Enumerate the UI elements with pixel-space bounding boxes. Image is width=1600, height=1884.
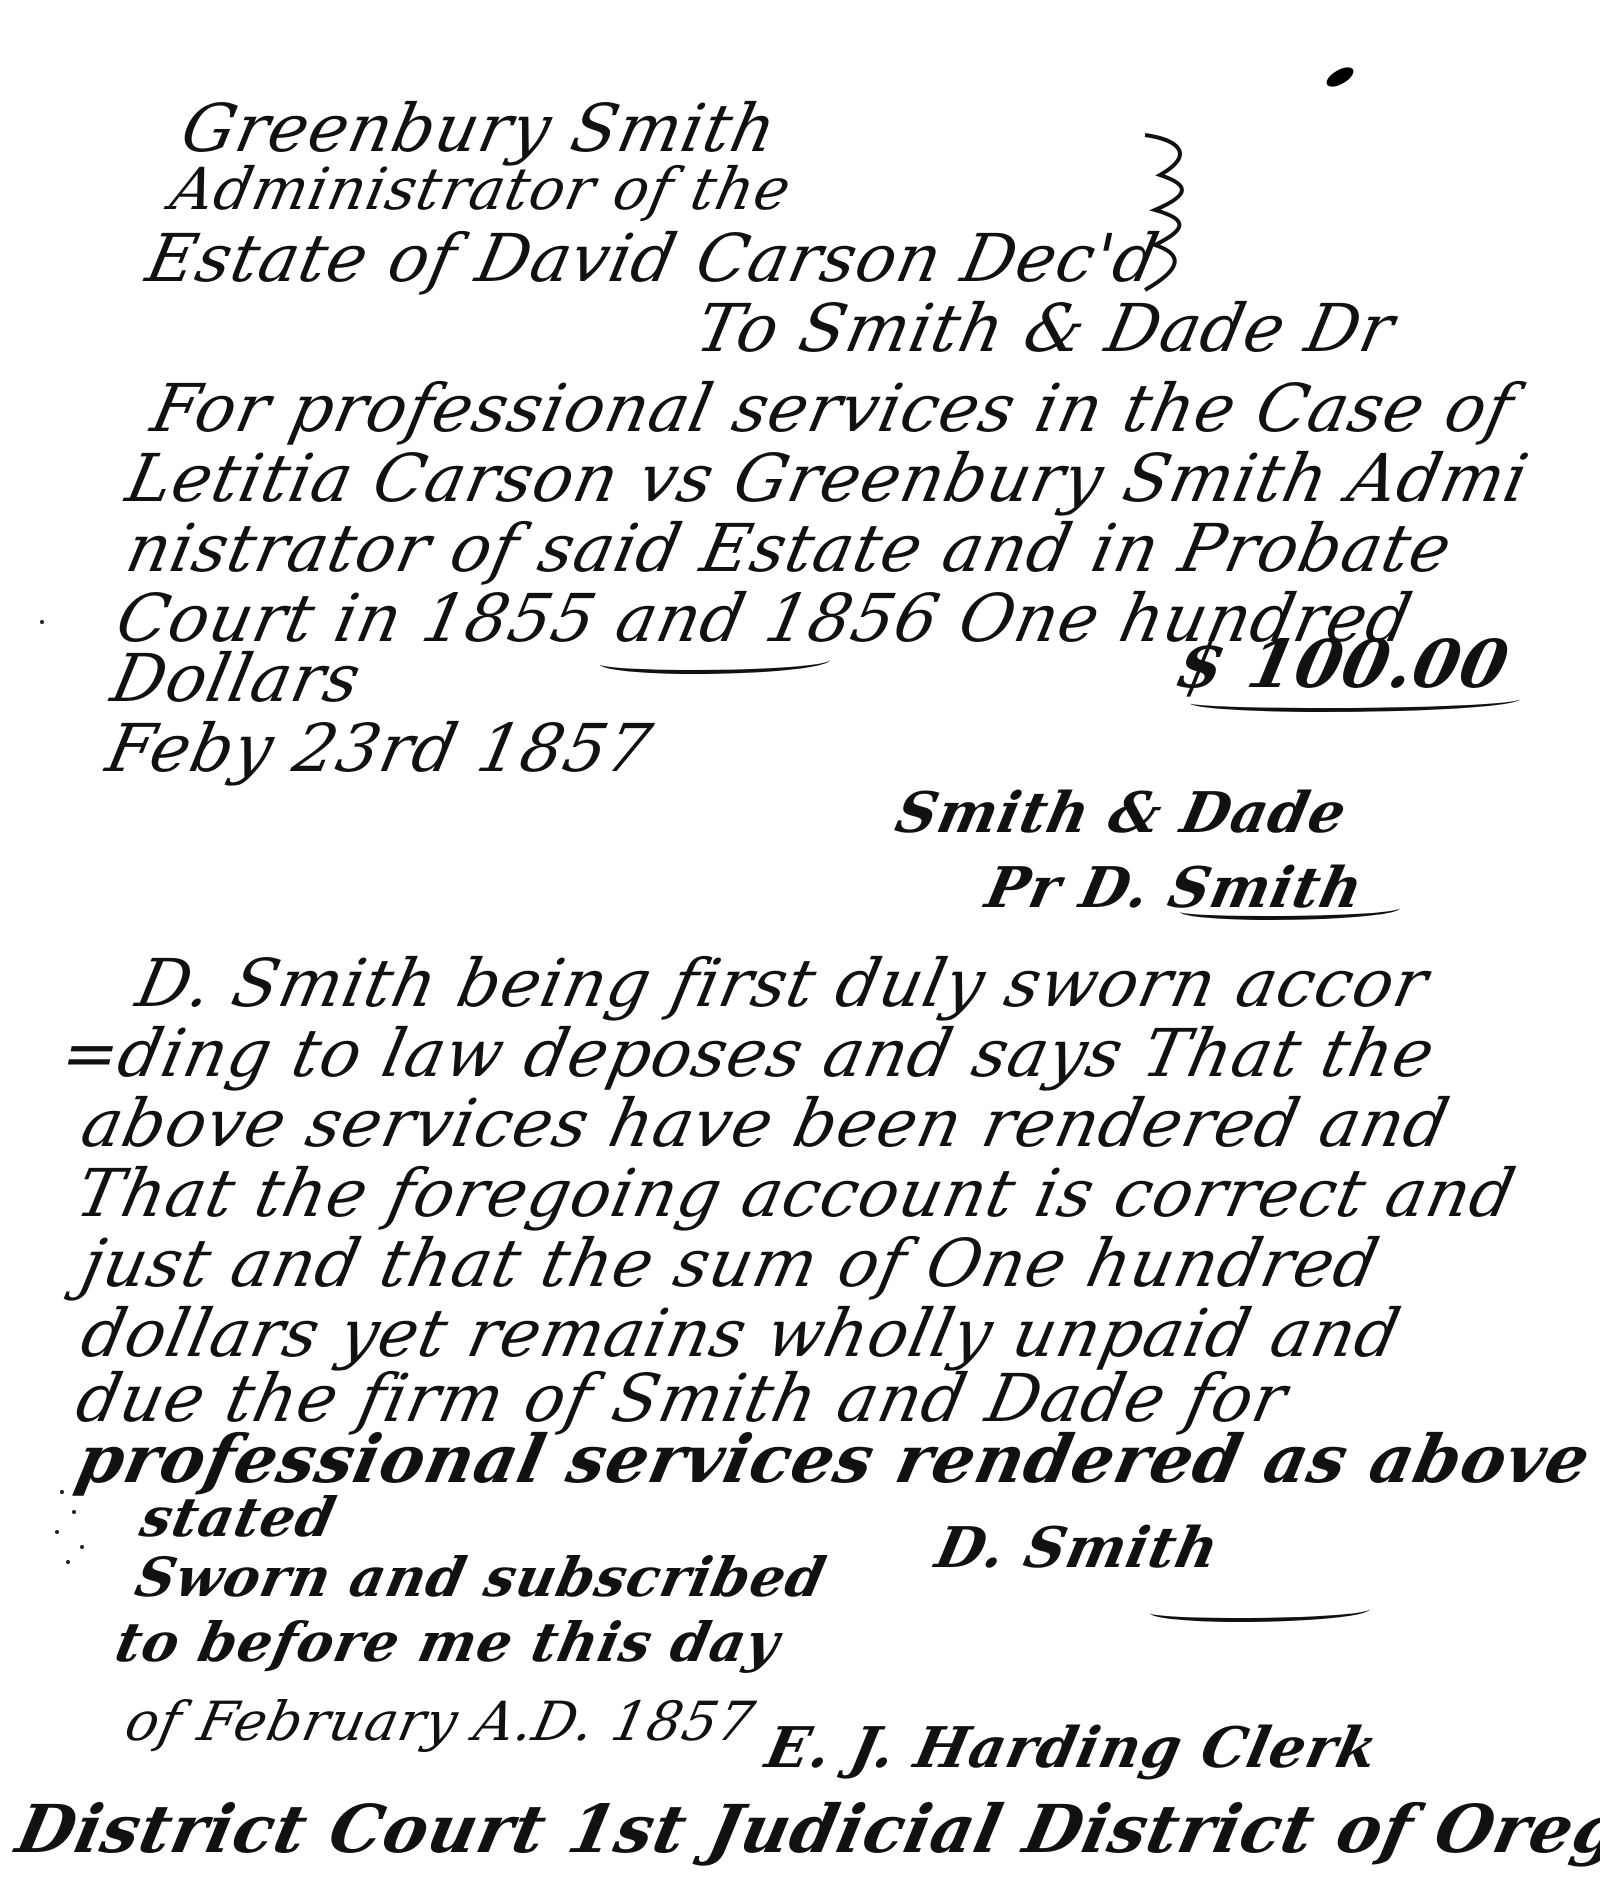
affidavit-line-3: above services have been rendered and [75,1085,1456,1162]
account-line-5: Dollars [105,640,368,717]
speckle [80,1545,84,1549]
account-line-2: Letitia Carson vs Greenbury Smith Admi [120,440,1535,517]
brace-icon [1140,130,1200,300]
signature-underline-flourish [1180,900,1400,920]
clerk-signature: E. J. Harding Clerk [760,1715,1384,1781]
underline-flourish [600,650,830,674]
affidavit-line-4: That the foregoing account is correct an… [70,1155,1522,1232]
affidavit-line-9: stated [135,1485,342,1549]
affidavit-line-2: =ding to law deposes and says That the [55,1015,1442,1092]
affidavit-line-1: D. Smith being first duly sworn accor [130,945,1435,1022]
jurat-line-3: of February A.D. 1857 [120,1690,761,1753]
jurat-line-1: Sworn and subscribed [130,1545,832,1609]
header-line-role: Administrator of the [165,155,798,223]
header-line-creditor: To Smith & Dade Dr [690,290,1402,367]
account-line-3: nistrator of said Estate and in Probate [120,510,1459,587]
speckle [40,620,44,624]
amount-underline-flourish [1190,690,1520,712]
speckle [66,1560,70,1564]
document-page: Greenbury Smith Administrator of the Est… [0,0,1600,1884]
header-line-estate: Estate of David Carson Dec'd [140,220,1166,297]
speckle [60,1490,64,1494]
account-date: Feby 23rd 1857 [100,710,659,787]
affiant-signature: D. Smith [930,1515,1225,1581]
speckle [55,1530,59,1534]
affiant-underline-flourish [1150,1600,1370,1622]
court-designation: District Court 1st Judicial District of … [10,1790,1600,1868]
affidavit-line-5: just and that the sum of One hundred [75,1225,1386,1302]
ink-blot [1324,63,1357,90]
account-line-1: For professional services in the Case of [145,370,1521,447]
speckle [72,1510,76,1514]
jurat-line-2: to before me this day [110,1610,786,1674]
firm-signature: Smith & Dade [890,780,1353,846]
